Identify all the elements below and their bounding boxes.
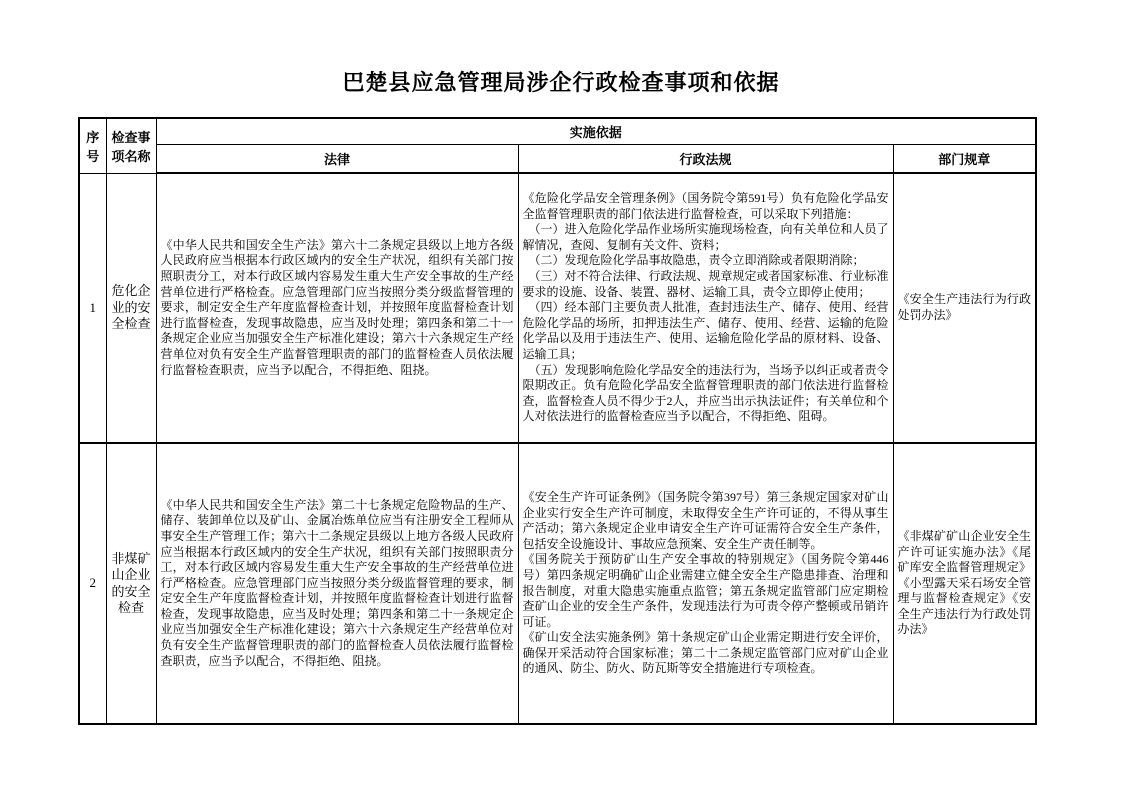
header-row-group: 序号 检查事项名称 实施依据: [79, 118, 1036, 144]
cell-admin-regulation: 《安全生产许可证条例》（国务院令第397号）第三条规定国家对矿山企业实行安全生产…: [518, 443, 893, 724]
cell-index: 2: [79, 443, 106, 724]
cell-index: 1: [79, 173, 106, 443]
inspection-table: 序号 检查事项名称 实施依据 法律 行政法规 部门规章 1 危化企业的安全检查 …: [78, 117, 1037, 725]
header-row-sub: 法律 行政法规 部门规章: [79, 144, 1036, 173]
cell-admin-regulation: 《危险化学品安全管理条例》（国务院令第591号）负有危险化学品安全监督管理职责的…: [518, 173, 893, 443]
cell-department-rule: 《非煤矿矿山企业安全生产许可证实施办法》《尾矿库安全监督管理规定》《小型露天采石…: [893, 443, 1036, 724]
header-item-name: 检查事项名称: [106, 118, 156, 173]
cell-item-name: 非煤矿山企业的安全检查: [106, 443, 156, 724]
cell-department-rule: 《安全生产违法行为行政处罚办法》: [893, 173, 1036, 443]
header-law: 法律: [156, 144, 518, 173]
document-title: 巴楚县应急管理局涉企行政检查事项和依据: [0, 66, 1122, 97]
cell-law: 《中华人民共和国安全生产法》第六十二条规定县级以上地方各级人民政府应当根据本行政…: [156, 173, 518, 443]
header-department-rule: 部门规章: [893, 144, 1036, 173]
cell-item-name: 危化企业的安全检查: [106, 173, 156, 443]
cell-law: 《中华人民共和国安全生产法》第二十七条规定危险物品的生产、储存、装卸单位以及矿山…: [156, 443, 518, 724]
table-row: 2 非煤矿山企业的安全检查 《中华人民共和国安全生产法》第二十七条规定危险物品的…: [79, 443, 1036, 724]
header-index: 序号: [79, 118, 106, 173]
header-admin-regulation: 行政法规: [518, 144, 893, 173]
document-page: 巴楚县应急管理局涉企行政检查事项和依据 序号 检查事项名称 实施依据 法律 行政…: [0, 0, 1122, 793]
table-row: 1 危化企业的安全检查 《中华人民共和国安全生产法》第六十二条规定县级以上地方各…: [79, 173, 1036, 443]
header-basis-group: 实施依据: [156, 118, 1036, 144]
